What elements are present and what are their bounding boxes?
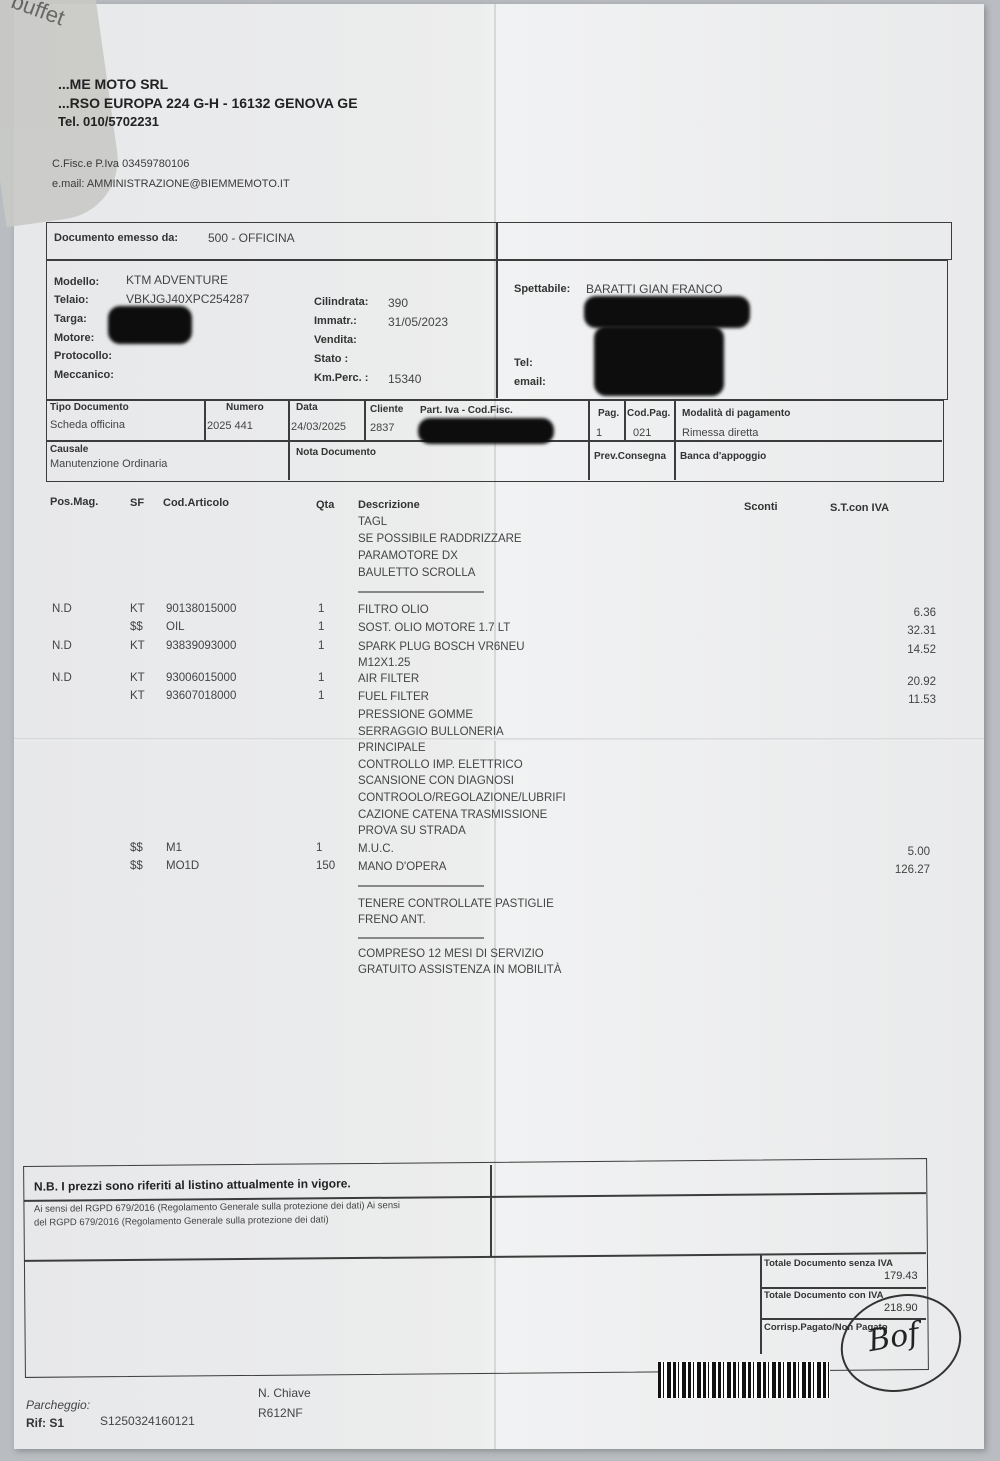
service-line: CONTROLLO IMP. ELETTRICO (358, 759, 523, 771)
total-no-vat-value: 179.43 (884, 1270, 918, 1282)
col-header-st-iva: S.T.con IVA (830, 502, 889, 514)
immatr-value: 31/05/2023 (388, 315, 448, 329)
data-value: 24/03/2025 (291, 421, 346, 433)
pag-label: Pag. (598, 408, 619, 419)
row-pos: N.D (52, 603, 72, 615)
row-description: FILTRO OLIO (358, 604, 429, 616)
col-header-qta: Qta (316, 499, 334, 511)
stato-label: Stato : (314, 353, 348, 365)
divider (204, 400, 206, 440)
redacted-plate (108, 306, 192, 344)
numero-value: 2025 441 (207, 420, 253, 432)
row-total: 32.31 (907, 625, 936, 637)
row-sf: $$ (130, 842, 143, 854)
note-line: FRENO ANT. (358, 914, 426, 926)
customer-name: BARATTI GIAN FRANCO (586, 282, 722, 296)
note-line: TENERE CONTROLLATE PASTIGLIE (358, 898, 554, 910)
row-description: AIR FILTER (358, 673, 419, 685)
service-line: CONTROOLO/REGOLAZIONE/LUBRIFI (358, 792, 566, 804)
row-pos: N.D (52, 640, 72, 652)
separator (358, 591, 484, 593)
service-line: SCANSIONE CON DIAGNOSI (358, 775, 514, 787)
cliente-label: Cliente (370, 404, 403, 415)
km-value: 15340 (388, 372, 421, 386)
row-total: 5.00 (908, 846, 930, 858)
telaio-label: Telaio: (54, 294, 89, 306)
divider (288, 400, 290, 480)
col-header-desc: Descrizione (358, 499, 420, 511)
description-line: SE POSSIBILE RADDRIZZARE (358, 533, 522, 545)
divider (624, 400, 626, 440)
company-name: ...ME MOTO SRL (58, 76, 168, 92)
service-line: CAZIONE CATENA TRASMISSIONE (358, 809, 547, 821)
service-line: SERRAGGIO BULLONERIA (358, 726, 504, 738)
tipo-value: Scheda officina (50, 419, 125, 431)
row-sf: KT (130, 640, 145, 652)
parking-label: Parcheggio: (26, 1398, 90, 1412)
row-description: SOST. OLIO MOTORE 1.7 LT (358, 622, 510, 634)
row-sf: KT (130, 690, 145, 702)
meccanico-label: Meccanico: (54, 369, 114, 381)
company-phone: Tel. 010/5702231 (58, 114, 159, 129)
col-header-cod: Cod.Articolo (163, 497, 229, 509)
issued-by-box (46, 222, 952, 260)
row-qty: 1 (318, 672, 324, 684)
issued-by-value: 500 - OFFICINA (208, 231, 295, 245)
pag-value: 1 (596, 427, 602, 439)
row-description: M12X1.25 (358, 657, 410, 669)
spettabile-label: Spettabile: (514, 283, 570, 295)
row-total: 6.36 (914, 607, 936, 619)
row-pos: N.D (52, 672, 72, 684)
cliente-value: 2837 (370, 422, 394, 434)
prev-consegna-label: Prev.Consegna (594, 451, 666, 462)
row-sf: $$ (130, 860, 143, 872)
modalita-label: Modalità di pagamento (682, 408, 790, 419)
modello-label: Modello: (54, 276, 99, 288)
divider (760, 1254, 762, 1354)
company-tax-id: C.Fisc.e P.Iva 03459780106 (52, 158, 189, 170)
causale-value: Manutenzione Ordinaria (50, 458, 167, 470)
nota-label: Nota Documento (296, 447, 376, 458)
numero-label: Numero (226, 402, 264, 413)
divider (588, 400, 590, 480)
row-code: 93006015000 (166, 672, 236, 684)
email-label: email: (514, 376, 546, 388)
row-total: 20.92 (907, 676, 936, 688)
row-total: 126.27 (895, 864, 930, 876)
motore-label: Motore: (54, 332, 94, 344)
row-code: 90138015000 (166, 603, 236, 615)
total-no-vat-label: Totale Documento senza IVA (764, 1258, 893, 1269)
col-header-pos: Pos.Mag. (50, 496, 98, 508)
row-total: 14.52 (907, 644, 936, 656)
redacted-contacts (594, 326, 724, 396)
modello-value: KTM ADVENTURE (126, 273, 228, 287)
modalita-value: Rimessa diretta (682, 427, 758, 439)
km-label: Km.Perc. : (314, 372, 368, 384)
redacted-address (584, 296, 750, 328)
note-line: COMPRESO 12 MESI DI SERVIZIO (358, 948, 544, 960)
service-line: PROVA SU STRADA (358, 825, 466, 837)
telaio-value: VBKJGJ40XPC254287 (126, 292, 249, 306)
divider (490, 1165, 492, 1257)
immatr-label: Immatr.: (314, 315, 357, 327)
row-qty: 1 (316, 842, 322, 854)
banca-label: Banca d'appoggio (680, 451, 766, 462)
key-number-label: N. Chiave (258, 1386, 311, 1400)
divider (760, 1287, 926, 1289)
key-number-value: R612NF (258, 1406, 303, 1420)
targa-label: Targa: (54, 313, 87, 325)
service-line: PRINCIPALE (358, 742, 426, 754)
protocollo-label: Protocollo: (54, 350, 112, 362)
row-description: FUEL FILTER (358, 691, 429, 703)
barcode (658, 1362, 830, 1398)
receipt-text: buffet (8, 0, 68, 31)
separator (358, 937, 484, 939)
total-vat-label: Totale Documento con IVA (764, 1290, 883, 1301)
row-qty: 1 (318, 603, 324, 615)
row-qty: 150 (316, 860, 335, 872)
rif-label: Rif: S1 (26, 1416, 64, 1430)
row-sf: $$ (130, 621, 143, 633)
row-code: 93839093000 (166, 640, 236, 652)
divider (364, 400, 366, 440)
row-total: 11.53 (908, 694, 936, 706)
service-line: PRESSIONE GOMME (358, 709, 473, 721)
row-description: SPARK PLUG BOSCH VR6NEU (358, 641, 525, 653)
data-label: Data (296, 402, 318, 413)
description-line: PARAMOTORE DX (358, 550, 458, 562)
row-qty: 1 (318, 640, 324, 652)
cilindrata-value: 390 (388, 296, 408, 310)
row-description: M.U.C. (358, 843, 394, 855)
codpag-label: Cod.Pag. (627, 408, 670, 419)
divider (674, 400, 676, 480)
causale-label: Causale (50, 444, 88, 455)
description-line: TAGL (358, 516, 387, 528)
col-header-sconti: Sconti (744, 501, 778, 513)
issued-by-label: Documento emesso da: (54, 232, 178, 244)
tel-label: Tel: (514, 357, 533, 369)
cilindrata-label: Cilindrata: (314, 296, 368, 308)
row-code: 93607018000 (166, 690, 236, 702)
row-qty: 1 (318, 621, 324, 633)
rif-value: S1250324160121 (100, 1414, 195, 1428)
col-header-sf: SF (130, 497, 144, 509)
piva-label: Part. Iva - Cod.Fisc. (420, 405, 513, 416)
codpag-value: 021 (633, 427, 651, 439)
company-email: e.mail: AMMINISTRAZIONE@BIEMMEMOTO.IT (52, 178, 290, 190)
row-description: MANO D'OPERA (358, 861, 446, 873)
redacted-tax-code (418, 418, 554, 444)
company-address: ...RSO EUROPA 224 G-H - 16132 GENOVA GE (58, 95, 358, 111)
tipo-label: Tipo Documento (50, 402, 129, 413)
description-line: BAULETTO SCROLLA (358, 567, 475, 579)
vendita-label: Vendita: (314, 334, 357, 346)
row-sf: KT (130, 603, 145, 615)
row-sf: KT (130, 672, 145, 684)
separator (358, 885, 484, 887)
row-code: M1 (166, 842, 182, 854)
note-line: GRATUITO ASSISTENZA IN MOBILITÀ (358, 964, 561, 976)
row-qty: 1 (318, 690, 324, 702)
row-code: MO1D (166, 860, 199, 872)
fold-line-horizontal (14, 738, 984, 741)
row-code: OIL (166, 621, 185, 633)
